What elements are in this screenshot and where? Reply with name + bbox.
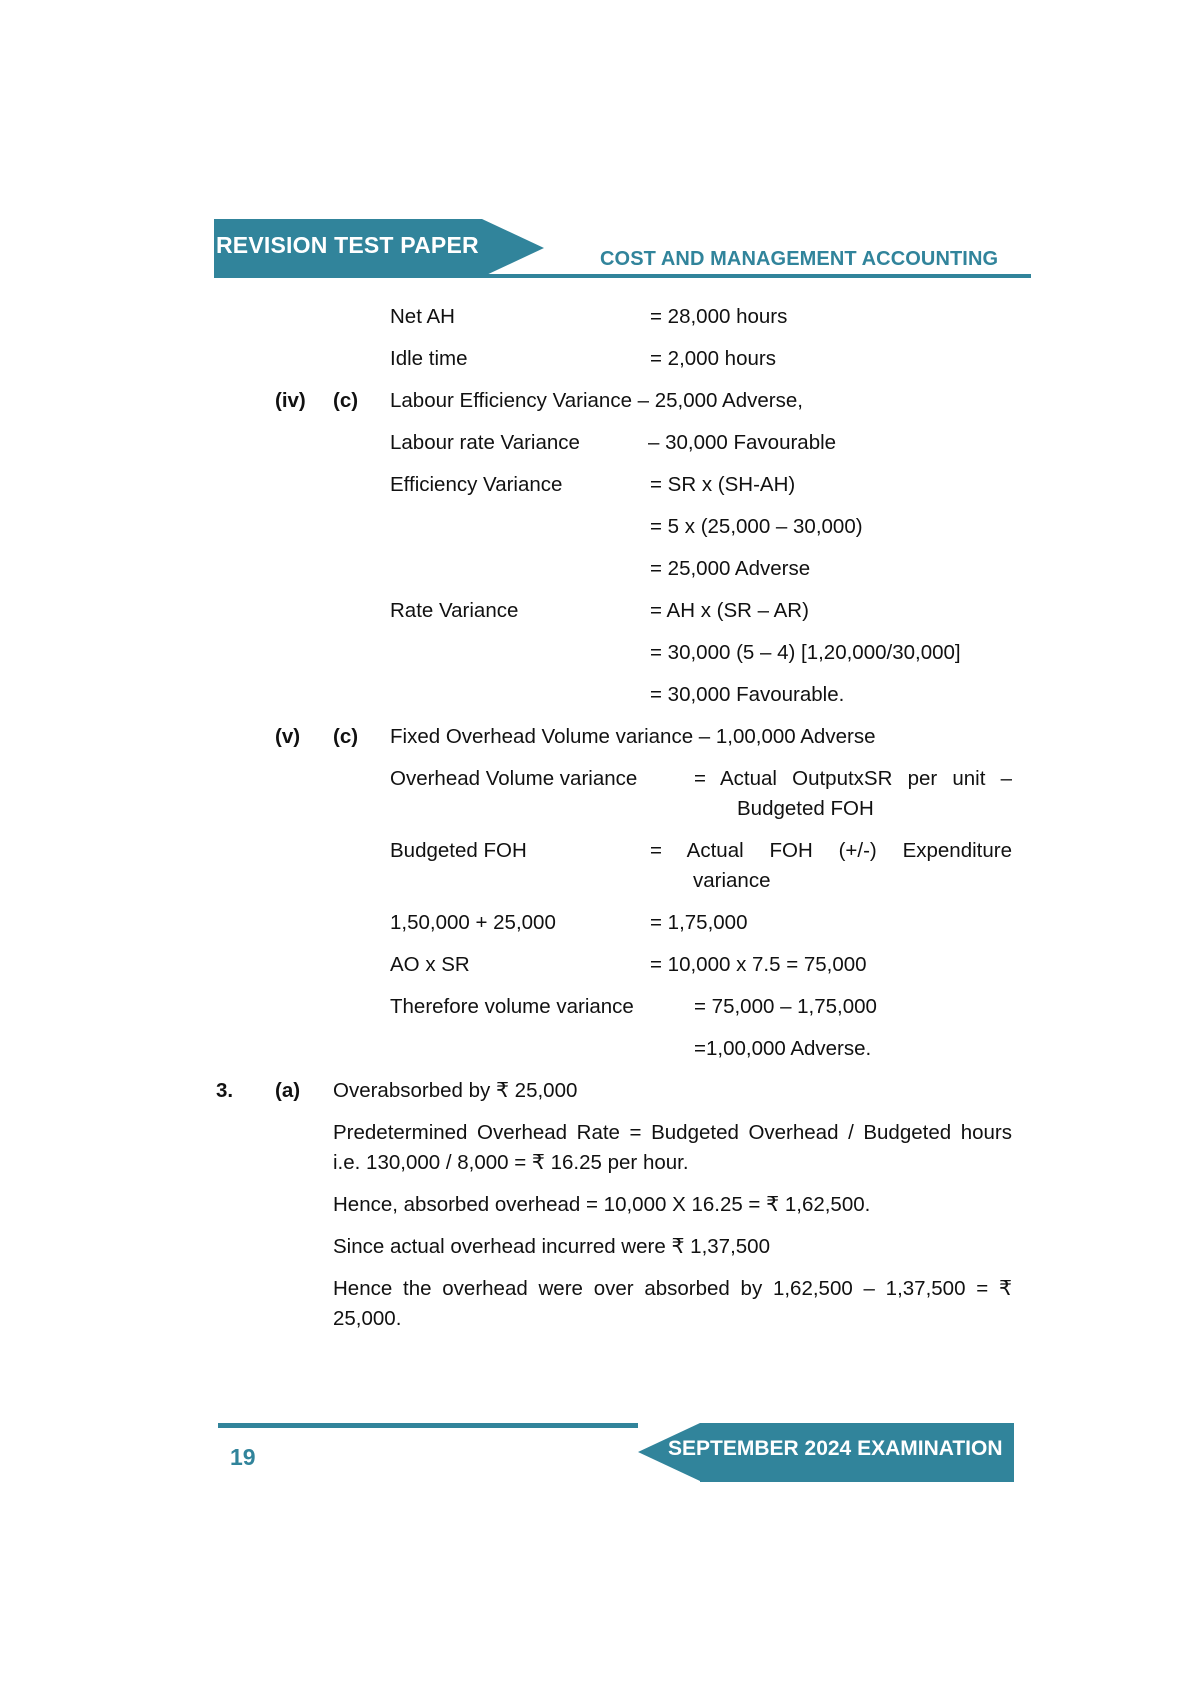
v-answer-line: Fixed Overhead Volume variance – 1,00,00…: [390, 722, 875, 752]
footer-exam-title: SEPTEMBER 2024 EXAMINATION: [668, 1437, 1003, 1461]
therefore-volume-variance-value: = 75,000 – 1,75,000: [694, 992, 877, 1022]
idle-time-label: Idle time: [390, 344, 467, 374]
net-ah-label: Net AH: [390, 302, 455, 332]
answer-option-iv: (c): [333, 386, 358, 416]
overhead-volume-variance-value-line1: = Actual OutputxSR per unit –: [694, 764, 1012, 794]
predetermined-rate-paragraph: Predetermined Overhead Rate = Budgeted O…: [333, 1118, 1012, 1178]
labour-rate-variance-value: – 30,000 Favourable: [648, 428, 836, 458]
footer-rule: [218, 1423, 638, 1428]
therefore-volume-variance-result: =1,00,000 Adverse.: [694, 1034, 871, 1064]
overabsorbed-line: Overabsorbed by ₹ 25,000: [333, 1076, 577, 1106]
question-number-v: (v): [275, 722, 300, 752]
efficiency-variance-result: = 25,000 Adverse: [650, 554, 810, 584]
question-number-3: 3.: [216, 1076, 233, 1106]
question-number-iv: (iv): [275, 386, 306, 416]
ao-sr-label: AO x SR: [390, 950, 470, 980]
actual-overhead-paragraph: Since actual overhead incurred were ₹ 1,…: [333, 1232, 1012, 1262]
header-rule: [214, 274, 1031, 278]
rate-variance-formula: = AH x (SR – AR): [650, 596, 809, 626]
rate-variance-result: = 30,000 Favourable.: [650, 680, 844, 710]
net-ah-value: = 28,000 hours: [650, 302, 787, 332]
labour-rate-variance-label: Labour rate Variance: [390, 428, 580, 458]
ao-sr-value: = 10,000 x 7.5 = 75,000: [650, 950, 867, 980]
rate-variance-calc: = 30,000 (5 – 4) [1,20,000/30,000]: [650, 638, 961, 668]
therefore-volume-variance-label: Therefore volume variance: [390, 992, 634, 1022]
overhead-volume-variance-label: Overhead Volume variance: [390, 764, 637, 794]
idle-time-value: = 2,000 hours: [650, 344, 776, 374]
iv-answer-line: Labour Efficiency Variance – 25,000 Adve…: [390, 386, 803, 416]
efficiency-variance-calc: = 5 x (25,000 – 30,000): [650, 512, 863, 542]
question-part-a: (a): [275, 1076, 300, 1106]
budgeted-foh-value-line2: variance: [693, 866, 771, 896]
budgeted-foh-value-line1: = Actual FOH (+/-) Expenditure: [650, 836, 1012, 866]
answer-option-v: (c): [333, 722, 358, 752]
rate-variance-label: Rate Variance: [390, 596, 518, 626]
sum-label: 1,50,000 + 25,000: [390, 908, 556, 938]
header-arrow-shape: [482, 219, 544, 277]
page-number: 19: [230, 1444, 256, 1471]
header-subject: COST AND MANAGEMENT ACCOUNTING: [600, 248, 998, 271]
efficiency-variance-label: Efficiency Variance: [390, 470, 562, 500]
absorbed-overhead-paragraph: Hence, absorbed overhead = 10,000 X 16.2…: [333, 1190, 1012, 1220]
budgeted-foh-label: Budgeted FOH: [390, 836, 527, 866]
header-title: REVISION TEST PAPER: [216, 232, 479, 259]
sum-value: = 1,75,000: [650, 908, 747, 938]
overhead-volume-variance-value-line2: Budgeted FOH: [737, 794, 874, 824]
efficiency-variance-formula: = SR x (SH-AH): [650, 470, 795, 500]
over-absorbed-paragraph: Hence the overhead were over absorbed by…: [333, 1274, 1012, 1334]
